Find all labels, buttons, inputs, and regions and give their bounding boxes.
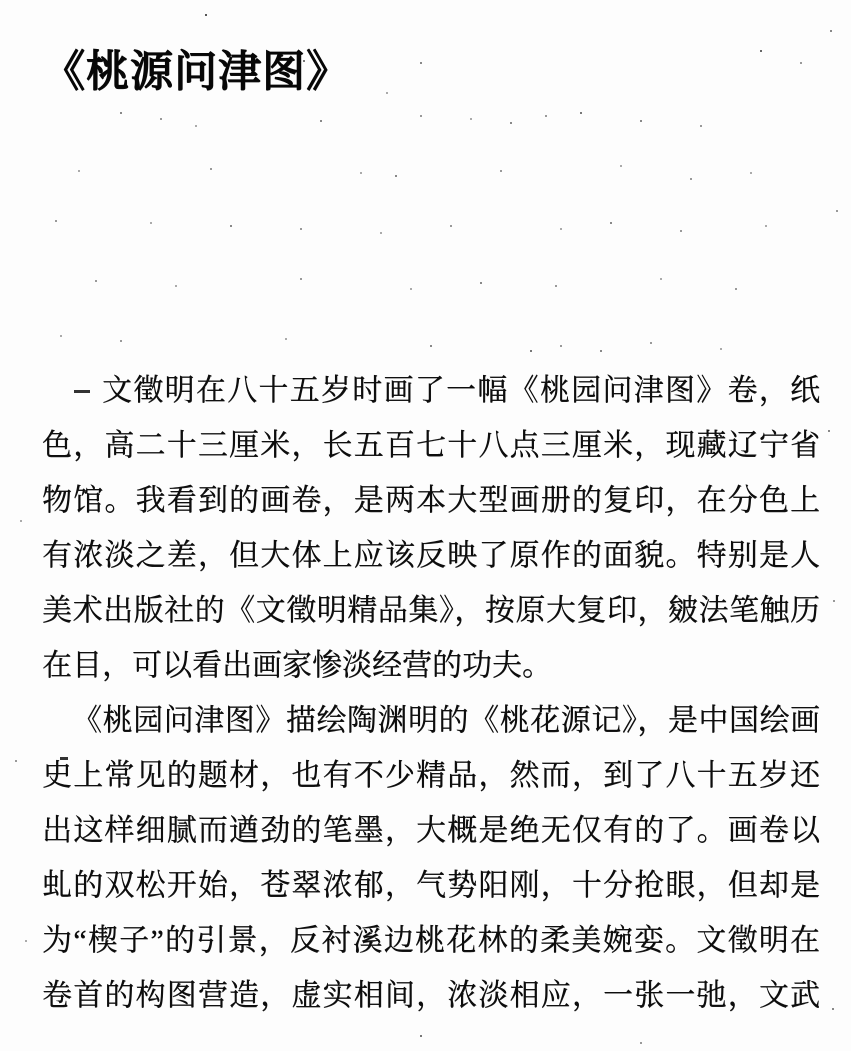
text-line: 史上常见的题材，也有不少精品，然而，到了八十五岁还能画 xyxy=(42,748,820,803)
scanned-document-page: 《桃源问津图》 文徵明在八十五岁时画了一幅《桃园问津图》卷，纸本设 色，高二十三… xyxy=(0,0,851,1051)
text-line: 在目，可以看出画家惨淡经营的功夫。 xyxy=(42,638,820,693)
text-line: 《桃园问津图》描绘陶渊明的《桃花源记》，是中国绘画 xyxy=(42,693,820,748)
text-line: 为“楔子”的引景，反衬溪边桃花林的柔美婉娈。文徵明在 xyxy=(42,913,820,968)
text-line: 色，高二十三厘米，长五百七十八点三厘米，现藏辽宁省博 xyxy=(42,418,820,473)
text-line: 虬的双松开始，苍翠浓郁，气势阳刚，十分抢眼，但却是作 xyxy=(42,858,820,913)
document-title: 《桃源问津图》 xyxy=(42,38,350,99)
text-line: 卷首的构图营造，虚实相间，浓淡相应，一张一弛，文武之 xyxy=(42,968,820,1023)
text-line: 美术出版社的《文徵明精品集》，按原大复印，皴法笔触历历 xyxy=(42,583,820,638)
body-text: 文徵明在八十五岁时画了一幅《桃园问津图》卷，纸本设 色，高二十三厘米，长五百七十… xyxy=(42,363,820,1023)
text-line: 出这样细腻而遒劲的笔墨，大概是绝无仅有的了。画卷以盘 xyxy=(42,803,820,858)
text-line: 文徵明在八十五岁时画了一幅《桃园问津图》卷，纸本设 xyxy=(42,363,820,418)
scan-noise-dots xyxy=(0,0,2,2)
text-line: 物馆。我看到的画卷，是两本大型画册的复印，在分色上稍 xyxy=(42,473,820,528)
text-line: 有浓淡之差，但大体上应该反映了原作的面貌。特别是人民 xyxy=(42,528,820,583)
